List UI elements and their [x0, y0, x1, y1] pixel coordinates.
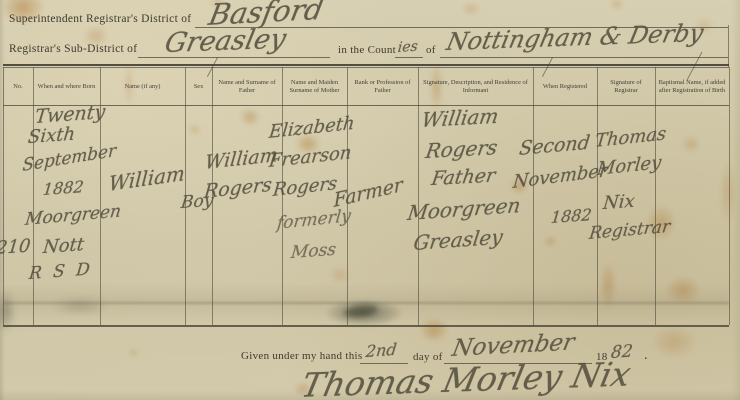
paper-stain — [610, 0, 624, 10]
mother-name-line: Moss — [290, 240, 337, 263]
table-column-line — [3, 67, 4, 325]
column-header-name: Name (if any) — [100, 68, 185, 105]
paper-stain — [188, 124, 201, 135]
table-column-line — [655, 67, 656, 325]
table-column-line — [729, 67, 730, 325]
counties-ies-value: ies — [397, 38, 419, 56]
informant-line: Moorgreen — [406, 193, 522, 225]
counties-of-label: of — [426, 44, 436, 56]
informant-line: Greasley — [412, 224, 504, 255]
born-line: Sixth — [27, 124, 76, 148]
record-no: 210 — [0, 235, 32, 259]
birth-register-certificate: Superintendent Registrar's District of B… — [0, 0, 740, 400]
table-column-line — [33, 67, 34, 325]
father-name-line: Rogers — [203, 174, 273, 203]
born-line: Nott — [42, 234, 85, 258]
day-value: 2nd — [365, 340, 398, 361]
registered-line: 1882 — [550, 205, 593, 227]
father-rank: Farmer — [334, 174, 403, 212]
informant-line: William — [420, 104, 500, 132]
paper-stain — [720, 160, 736, 224]
registrar-line: Nix — [602, 191, 636, 214]
subdistrict-value: Greasley — [162, 24, 289, 59]
ink-smudge — [326, 297, 410, 329]
given-statement: Given under my hand this — [241, 350, 362, 362]
district-label: Superintendent Registrar's District of — [9, 13, 191, 25]
column-header-mother: Name and Maiden Surname of Mother — [282, 68, 347, 105]
column-header-sex: Sex — [185, 68, 212, 105]
registered-line: Second — [518, 132, 591, 160]
table-top-border — [3, 64, 729, 66]
column-header-baptismal-name: Baptismal Name, if added after Registrat… — [655, 68, 729, 105]
column-header-when-registered: When Registered — [533, 68, 597, 105]
footer-period: . — [644, 348, 648, 364]
column-header-when-where-born: When and where Born — [33, 68, 100, 105]
page-margin-line — [728, 25, 729, 67]
paper-stain — [544, 236, 557, 247]
table-header-divider — [3, 105, 729, 106]
counties-ies-underline — [395, 57, 423, 58]
paper-stain — [462, 2, 480, 16]
registrar-line: Morley — [596, 152, 662, 180]
counties-label: in the Count — [338, 44, 396, 56]
mother-name-line: Frearson — [268, 142, 353, 172]
subdistrict-label: Registrar's Sub-District of — [9, 43, 137, 55]
paper-stain — [240, 108, 260, 126]
table-column-line — [418, 67, 419, 325]
column-header-no: No. — [3, 68, 33, 105]
paper-stain — [652, 326, 696, 358]
column-header-rank: Rank or Profession of Father — [347, 68, 418, 105]
registrar-line: Registrar — [588, 217, 671, 244]
registrar-line: Thomas — [594, 123, 667, 152]
registered-line: November — [512, 160, 608, 193]
born-line: R S D — [28, 259, 94, 284]
table-column-line — [533, 67, 534, 325]
born-line: 1882 — [42, 177, 85, 199]
counties-underline — [440, 57, 728, 58]
table-header-row: No. When and where Born Name (if any) Se… — [3, 68, 729, 105]
counties-value: Nottingham & Derby — [444, 19, 706, 56]
column-header-registrar-signature: Signature of Registrar — [597, 68, 655, 105]
child-name: William — [108, 161, 186, 196]
paper-stain — [128, 348, 139, 357]
column-header-informant: Signature, Description, and Residence of… — [418, 68, 533, 105]
table-column-line — [597, 67, 598, 325]
informant-line: Father — [430, 164, 497, 190]
informant-line: Rogers — [424, 135, 499, 163]
column-header-father: Name and Surname of Father — [212, 68, 282, 105]
born-line: Moorgreen — [24, 201, 122, 230]
paper-stain — [682, 136, 700, 152]
